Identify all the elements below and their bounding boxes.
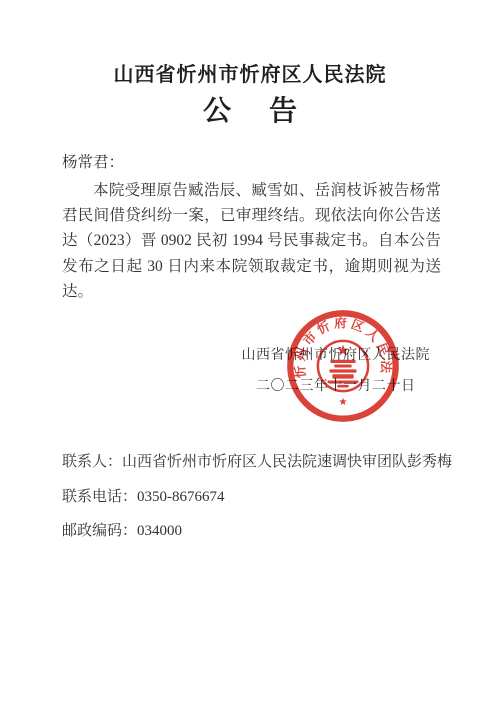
- contact-postcode-row: 邮政编码：034000: [62, 519, 452, 540]
- signature-block: 山西省忻州市忻府区人民法院 二〇二三年十一月二十日: [242, 344, 431, 395]
- court-name-heading: 山西省忻州市忻府区人民法院: [0, 58, 500, 87]
- contact-postcode-value: 034000: [137, 523, 182, 539]
- contact-block: 联系人：山西省忻州市忻府区人民法院速调快审团队彭秀梅 联系电话：0350-867…: [62, 450, 452, 554]
- announcement-body: 本院受理原告臧浩辰、臧雪如、岳润枝诉被告杨常君民间借贷纠纷一案，已审理终结。现依…: [62, 178, 441, 304]
- seal-bottom-star-icon: [339, 398, 347, 405]
- signature-date: 二〇二三年十一月二十日: [242, 375, 431, 395]
- contact-person-row: 联系人：山西省忻州市忻府区人民法院速调快审团队彭秀梅: [62, 450, 452, 471]
- addressee-salutation: 杨常君：: [62, 150, 124, 172]
- document-title: 公告: [0, 89, 500, 129]
- contact-phone-row: 联系电话：0350-8676674: [62, 485, 452, 506]
- contact-phone-label: 联系电话：: [62, 489, 137, 505]
- contact-phone-value: 0350-8676674: [137, 489, 225, 505]
- contact-postcode-label: 邮政编码：: [62, 523, 137, 539]
- announcement-page: 山西省忻州市忻府区人民法院 公告 杨常君： 本院受理原告臧浩辰、臧雪如、岳润枝诉…: [0, 0, 500, 711]
- contact-person-value: 山西省忻州市忻府区人民法院速调快审团队彭秀梅: [122, 454, 452, 470]
- contact-person-label: 联系人：: [62, 454, 122, 470]
- signature-court-name: 山西省忻州市忻府区人民法院: [242, 344, 431, 364]
